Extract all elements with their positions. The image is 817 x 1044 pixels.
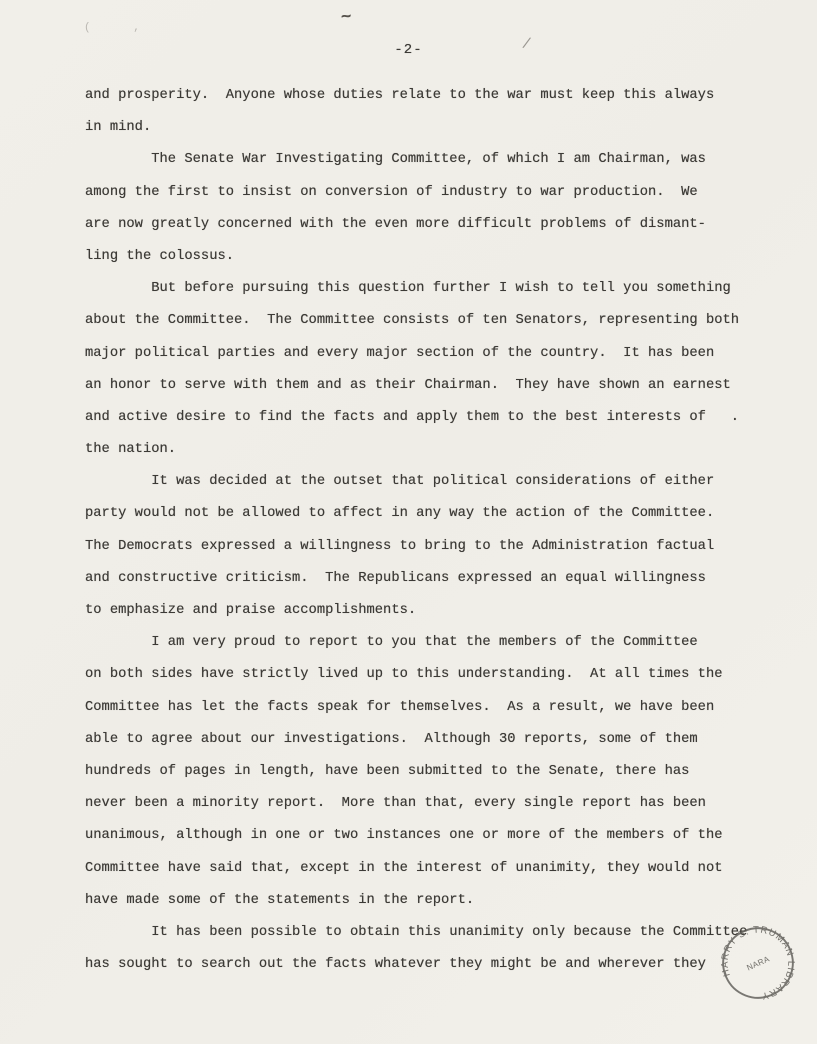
text-line: has sought to search out the facts whate… <box>85 949 765 981</box>
text-line: The Democrats expressed a willingness to… <box>85 531 765 563</box>
text-line: among the first to insist on conversion … <box>85 177 765 209</box>
document-page: -2- ( , ~ / and prosperity. Anyone whose… <box>0 0 817 1044</box>
text-line: to emphasize and praise accomplishments. <box>85 595 765 627</box>
text-line: an honor to serve with them and as their… <box>85 370 765 402</box>
page-number: -2- <box>0 42 817 58</box>
text-line: hundreds of pages in length, have been s… <box>85 756 765 788</box>
text-line: and constructive criticism. The Republic… <box>85 563 765 595</box>
text-line: on both sides have strictly lived up to … <box>85 659 765 691</box>
text-line: never been a minority report. More than … <box>85 788 765 820</box>
text-line: party would not be allowed to affect in … <box>85 498 765 530</box>
document-body-text: and prosperity. Anyone whose duties rela… <box>85 80 765 981</box>
pencil-marks-top-left: ( , <box>84 22 158 34</box>
stamp-center-text: NARA <box>745 954 771 972</box>
pencil-mark-top-center: ~ <box>340 7 353 28</box>
text-line: are now greatly concerned with the even … <box>85 209 765 241</box>
text-line: in mind. <box>85 112 765 144</box>
text-line: It was decided at the outset that politi… <box>85 466 765 498</box>
text-line: The Senate War Investigating Committee, … <box>85 144 765 176</box>
text-line: major political parties and every major … <box>85 338 765 370</box>
text-line: and active desire to find the facts and … <box>85 402 765 434</box>
text-line: Committee have said that, except in the … <box>85 853 765 885</box>
text-line: ling the colossus. <box>85 241 765 273</box>
text-line: Committee has let the facts speak for th… <box>85 692 765 724</box>
text-line: I am very proud to report to you that th… <box>85 627 765 659</box>
text-line: have made some of the statements in the … <box>85 885 765 917</box>
text-line: unanimous, although in one or two instan… <box>85 820 765 852</box>
text-line: It has been possible to obtain this unan… <box>85 917 765 949</box>
text-line: and prosperity. Anyone whose duties rela… <box>85 80 765 112</box>
text-line: able to agree about our investigations. … <box>85 724 765 756</box>
text-line: But before pursuing this question furthe… <box>85 273 765 305</box>
text-line: about the Committee. The Committee consi… <box>85 305 765 337</box>
text-line: the nation. <box>85 434 765 466</box>
